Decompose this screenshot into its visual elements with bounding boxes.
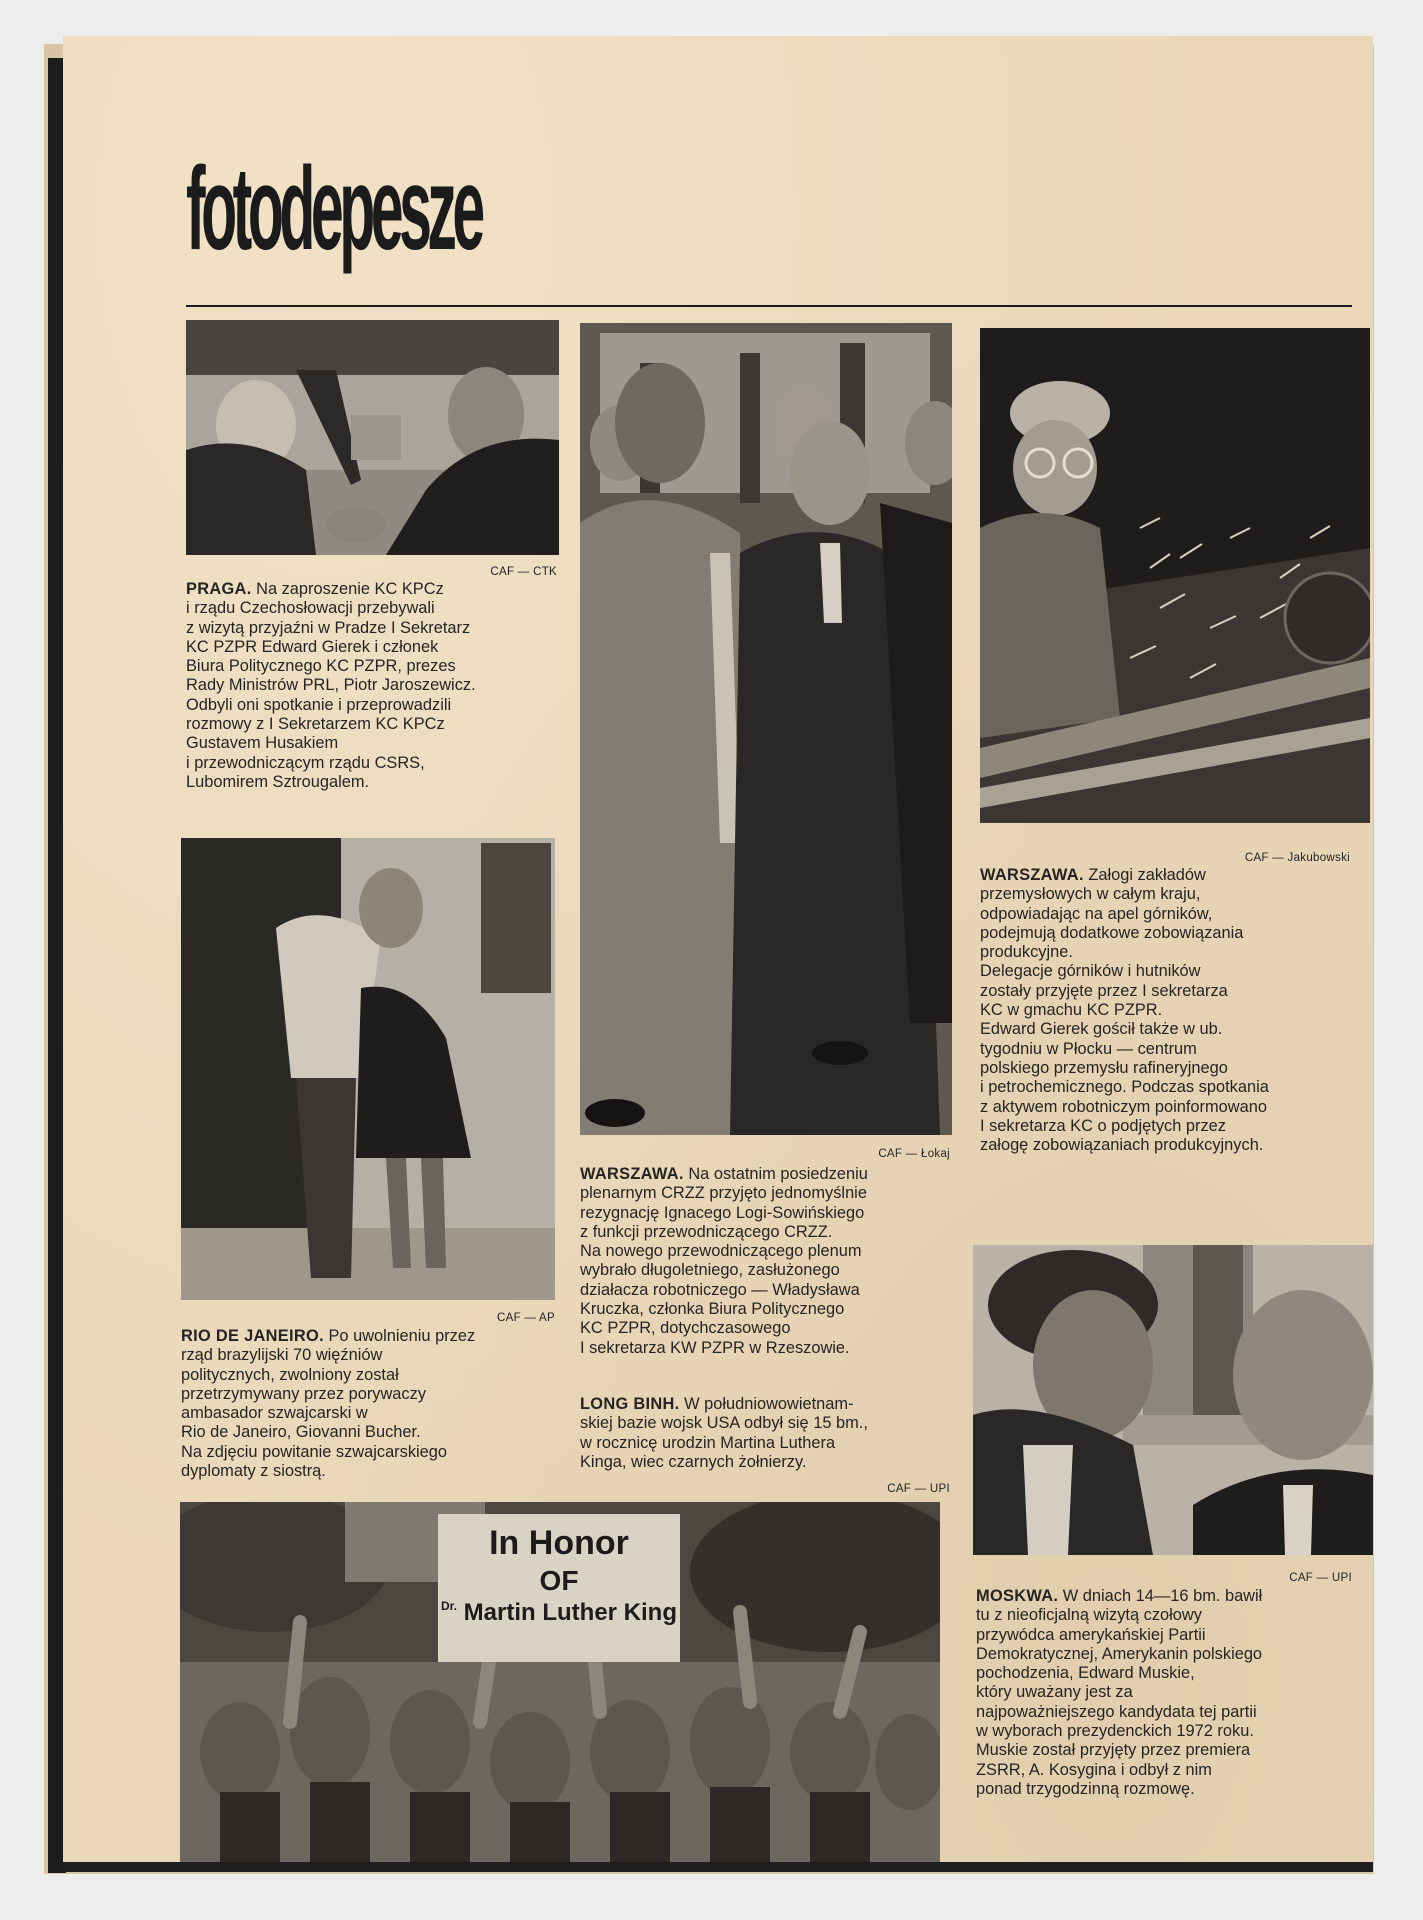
sign-line-3: Dr. Martin Luther King	[438, 1599, 680, 1627]
dateline: WARSZAWA.	[580, 1165, 684, 1183]
photo-moskwa	[973, 1245, 1373, 1555]
section-title: fotodepesze	[186, 150, 481, 268]
sign-name: Martin Luther King	[464, 1599, 677, 1626]
embrace-photo-icon	[181, 838, 555, 1300]
caption-text: Załogi zakładów przemysłowych w całym kr…	[980, 866, 1269, 1154]
photo-rio	[181, 838, 555, 1300]
handshake-photo-icon	[186, 320, 559, 555]
photo-credit: CAF — UPI	[1200, 1572, 1352, 1584]
caption-warszawa-zalogi: WARSZAWA. Załogi zakładów przemysłowych …	[980, 866, 1365, 1155]
sign-line-2: OF	[438, 1565, 680, 1597]
dateline: RIO DE JANEIRO.	[181, 1327, 324, 1345]
caption-text: Po uwolnieniu przez rząd brazylijski 70 …	[181, 1327, 475, 1480]
sign-dr: Dr.	[441, 1599, 457, 1613]
caption-text: W dniach 14—16 bm. bawił tu z nieoficjal…	[976, 1587, 1262, 1798]
caption-long-binh: LONG BINH. W południowowietnam- skiej ba…	[580, 1395, 965, 1472]
caption-warszawa-crzz: WARSZAWA. Na ostatnim posiedzeniu plenar…	[580, 1165, 965, 1358]
photo-credit: CAF — Jakubowski	[1200, 852, 1350, 864]
sign-line-1: In Honor	[438, 1524, 680, 1563]
photo-warszawa-crzz	[580, 323, 952, 1135]
caption-text: Na ostatnim posiedzeniu plenarnym CRZZ p…	[580, 1165, 868, 1357]
photo-praga	[186, 320, 559, 555]
page-bottom-edge	[63, 1862, 1373, 1872]
title-rule	[186, 305, 1352, 307]
dateline: WARSZAWA.	[980, 866, 1084, 884]
worker-sparks-photo-icon	[980, 328, 1370, 823]
photo-credit: CAF — Łokaj	[800, 1148, 950, 1160]
photo-credit: CAF — UPI	[800, 1483, 950, 1495]
photo-warszawa-zalogi	[980, 328, 1370, 823]
photo-long-binh: In Honor OF Dr. Martin Luther King	[180, 1502, 940, 1862]
dateline: LONG BINH.	[580, 1395, 680, 1413]
caption-text: Na zaproszenie KC KPCz i rządu Czechosło…	[186, 580, 476, 791]
protest-sign: In Honor OF Dr. Martin Luther King	[438, 1514, 680, 1662]
caption-moskwa: MOSKWA. W dniach 14—16 bm. bawił tu z ni…	[976, 1587, 1361, 1799]
photo-credit: CAF — AP	[400, 1312, 555, 1324]
photo-credit: CAF — CTK	[400, 566, 557, 578]
group-of-men-photo-icon	[580, 323, 952, 1135]
caption-rio: RIO DE JANEIRO. Po uwolnieniu przez rząd…	[181, 1327, 566, 1481]
two-men-talking-photo-icon	[973, 1245, 1373, 1555]
dateline: PRAGA.	[186, 580, 252, 598]
dateline: MOSKWA.	[976, 1587, 1058, 1605]
caption-praga: PRAGA. Na zaproszenie KC KPCz i rządu Cz…	[186, 580, 566, 792]
